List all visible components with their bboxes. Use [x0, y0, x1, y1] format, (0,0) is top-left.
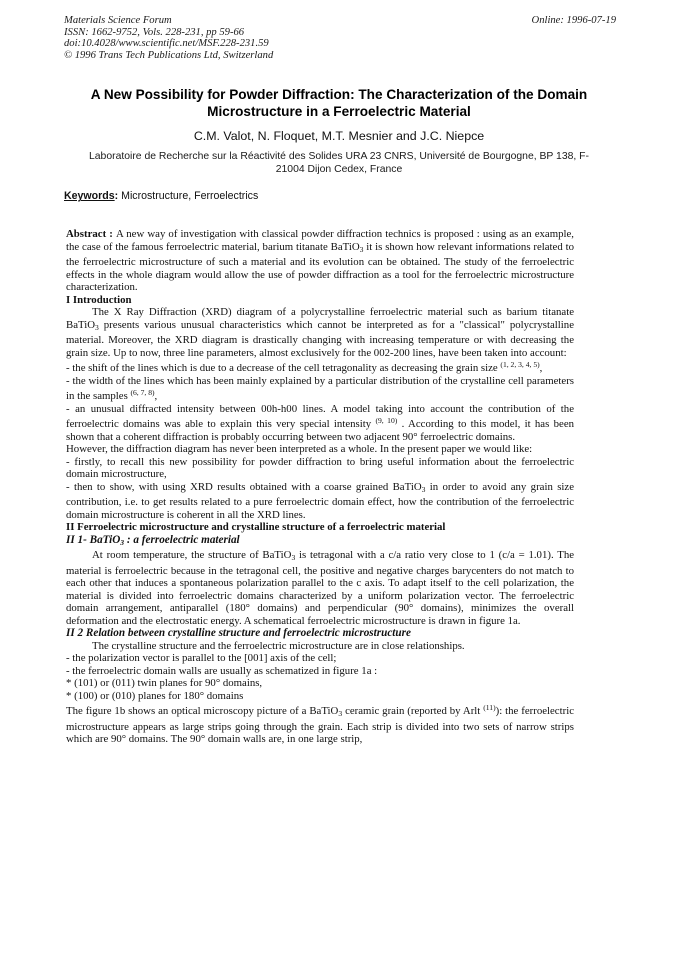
paragraph: - the shift of the lines which is due to…	[66, 359, 574, 375]
paragraph: - the polarization vector is parallel to…	[66, 652, 574, 665]
text-run: * (100) or (010) planes for 180° domains	[66, 690, 243, 702]
paragraph: - then to show, with using XRD results o…	[66, 481, 574, 522]
paragraph: - the width of the lines which has been …	[66, 375, 574, 403]
keywords-values: Microstructure, Ferroelectrics	[118, 190, 258, 202]
text-run: II 2 Relation between crystalline struct…	[66, 627, 411, 639]
text-run: - firstly, to recall this new possibilit…	[66, 456, 574, 481]
article-body: Abstract : A new way of investigation wi…	[66, 228, 574, 746]
text-run: ,	[155, 390, 158, 402]
paragraph: The figure 1b shows an optical microscop…	[66, 702, 574, 746]
text-run: (6, 7, 8)	[130, 388, 154, 397]
journal-doi-line: doi:10.4028/www.scientific.net/MSF.228-2…	[64, 38, 273, 50]
section-heading: II 1- BaTiO3 : a ferroelectric material	[66, 534, 574, 550]
paper-page: Materials Science Forum ISSN: 1662-9752,…	[0, 0, 678, 959]
paragraph: - an unusual diffracted intensity betwee…	[66, 403, 574, 444]
paragraph: The X Ray Diffraction (XRD) diagram of a…	[66, 306, 574, 359]
paragraph: Abstract : A new way of investigation wi…	[66, 228, 574, 294]
text-run: * (101) or (011) twin planes for 90° dom…	[66, 677, 262, 689]
text-run: At room temperature, the structure of Ba…	[92, 549, 291, 561]
text-run: (9, 10)	[375, 416, 397, 425]
text-run: : a ferroelectric material	[124, 534, 240, 546]
text-run: I Introduction	[66, 294, 132, 306]
text-run: - the shift of the lines which is due to…	[66, 362, 500, 374]
text-run: ceramic grain (reported by Arlt	[342, 705, 483, 717]
text-run: - the polarization vector is parallel to…	[66, 652, 336, 664]
authors-line: C.M. Valot, N. Floquet, M.T. Mesnier and…	[0, 129, 678, 143]
paragraph: - the ferroelectric domain walls are usu…	[66, 665, 574, 678]
text-run: However, the diffraction diagram has nev…	[66, 443, 532, 455]
text-run: - the ferroelectric domain walls are usu…	[66, 665, 377, 677]
paragraph: However, the diffraction diagram has nev…	[66, 443, 574, 456]
section-heading: II 2 Relation between crystalline struct…	[66, 627, 574, 640]
text-run: The crystalline structure and the ferroe…	[92, 640, 465, 652]
affiliation-line: Laboratoire de Recherche sur la Réactivi…	[79, 150, 599, 176]
section-heading: II Ferroelectric microstructure and crys…	[66, 521, 574, 534]
keywords-label: Keywords	[64, 190, 115, 202]
text-run: Abstract :	[66, 228, 116, 240]
text-run: II 1- BaTiO	[66, 534, 120, 546]
section-heading: I Introduction	[66, 294, 574, 307]
text-run: (1, 2, 3, 4, 5)	[500, 360, 539, 369]
paragraph: The crystalline structure and the ferroe…	[66, 640, 574, 653]
journal-info-block: Materials Science Forum ISSN: 1662-9752,…	[64, 15, 273, 61]
text-run: The figure 1b shows an optical microscop…	[66, 705, 338, 717]
journal-header: Materials Science Forum ISSN: 1662-9752,…	[0, 0, 678, 61]
keywords-line: Keywords: Microstructure, Ferroelectrics	[64, 190, 678, 202]
text-run: (11)	[483, 703, 495, 712]
paragraph: * (100) or (010) planes for 180° domains	[66, 690, 574, 703]
journal-copyright-line: © 1996 Trans Tech Publications Ltd, Swit…	[64, 50, 273, 62]
journal-issn-line: ISSN: 1662-9752, Vols. 228-231, pp 59-66	[64, 27, 273, 39]
paragraph: - firstly, to recall this new possibilit…	[66, 456, 574, 481]
online-date: Online: 1996-07-19	[532, 15, 616, 61]
text-run: - then to show, with using XRD results o…	[66, 481, 422, 493]
text-run: presents various unusual characteristics…	[66, 319, 574, 359]
text-run: ,	[540, 362, 543, 374]
journal-name: Materials Science Forum	[64, 15, 273, 27]
paragraph: * (101) or (011) twin planes for 90° dom…	[66, 677, 574, 690]
text-run: II Ferroelectric microstructure and crys…	[66, 521, 445, 533]
paper-title: A New Possibility for Powder Diffraction…	[87, 86, 592, 120]
paragraph: At room temperature, the structure of Ba…	[66, 549, 574, 627]
